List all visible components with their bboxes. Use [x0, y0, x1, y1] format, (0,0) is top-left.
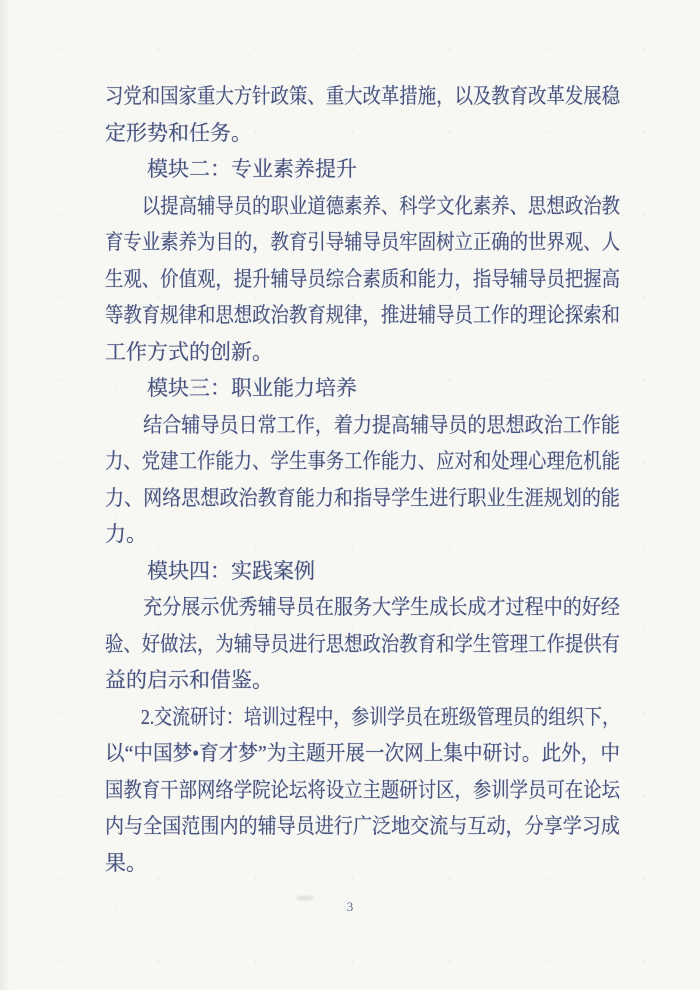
text-line-content: 习党和国家重大方针政策、重大改革措施，以及教育改革发展稳: [105, 78, 620, 115]
text-line: 模块二：专业素养提升: [105, 151, 620, 188]
text-line: 力、党建工作能力、学生事务工作能力、应对和处理心理危机能: [105, 443, 620, 480]
text-line: 益的启示和借鉴。: [105, 662, 620, 699]
text-line-content: 育专业素养为目的，教育引导辅导员牢固树立正确的世界观、人: [105, 224, 620, 261]
page-number: 3: [0, 899, 700, 915]
text-line: 国教育干部网络学院论坛将设立主题研讨区，参训学员可在论坛: [105, 772, 620, 809]
text-line: 充分展示优秀辅导员在服务大学生成长成才过程中的好经: [105, 589, 620, 626]
text-line: 力。: [105, 516, 620, 553]
text-line: 2.交流研讨：培训过程中，参训学员在班级管理员的组织下，: [105, 699, 620, 736]
text-line-content: 模块三：职业能力培养: [105, 370, 357, 407]
text-line-content: 以“中国梦•育才梦”为主题开展一次网上集中研讨。此外，中: [105, 735, 620, 772]
text-line-content: 工作方式的创新。: [105, 334, 273, 371]
document-body: 习党和国家重大方针政策、重大改革措施，以及教育改革发展稳定形势和任务。 模块二：…: [105, 78, 620, 881]
text-line-content: 2.交流研讨：培训过程中，参训学员在班级管理员的组织下，: [105, 699, 620, 736]
text-line-content: 充分展示优秀辅导员在服务大学生成长成才过程中的好经: [105, 589, 620, 626]
text-line: 生观、价值观，提升辅导员综合素质和能力，指导辅导员把握高: [105, 261, 620, 298]
text-line-content: 益的启示和借鉴。: [105, 662, 273, 699]
text-line: 结合辅导员日常工作，着力提高辅导员的思想政治工作能: [105, 407, 620, 444]
text-line: 工作方式的创新。: [105, 334, 620, 371]
text-line: 以提高辅导员的职业道德素养、科学文化素养、思想政治教: [105, 188, 620, 225]
text-line: 定形势和任务。: [105, 115, 620, 152]
text-line-content: 模块二：专业素养提升: [105, 151, 357, 188]
text-line-content: 结合辅导员日常工作，着力提高辅导员的思想政治工作能: [105, 407, 620, 444]
text-line: 果。: [105, 845, 620, 882]
text-line: 等教育规律和思想政治教育规律，推进辅导员工作的理论探索和: [105, 297, 620, 334]
text-line: 模块三：职业能力培养: [105, 370, 620, 407]
text-line-content: 生观、价值观，提升辅导员综合素质和能力，指导辅导员把握高: [105, 261, 620, 298]
text-line: 力、网络思想政治教育能力和指导学生进行职业生涯规划的能: [105, 480, 620, 517]
text-line-content: 以提高辅导员的职业道德素养、科学文化素养、思想政治教: [105, 188, 620, 225]
text-line-content: 模块四：实践案例: [105, 553, 315, 590]
text-line-content: 验、好做法，为辅导员进行思想政治教育和学生管理工作提供有: [105, 626, 620, 663]
text-line: 以“中国梦•育才梦”为主题开展一次网上集中研讨。此外，中: [105, 735, 620, 772]
text-line-content: 力、党建工作能力、学生事务工作能力、应对和处理心理危机能: [105, 443, 620, 480]
text-line: 模块四：实践案例: [105, 553, 620, 590]
text-line-content: 内与全国范围内的辅导员进行广泛地交流与互动，分享学习成: [105, 808, 620, 845]
text-line-content: 等教育规律和思想政治教育规律，推进辅导员工作的理论探索和: [105, 297, 620, 334]
text-line-content: 力、网络思想政治教育能力和指导学生进行职业生涯规划的能: [105, 480, 620, 517]
text-line: 育专业素养为目的，教育引导辅导员牢固树立正确的世界观、人: [105, 224, 620, 261]
scanned-page: 习党和国家重大方针政策、重大改革措施，以及教育改革发展稳定形势和任务。 模块二：…: [0, 0, 700, 990]
text-line: 验、好做法，为辅导员进行思想政治教育和学生管理工作提供有: [105, 626, 620, 663]
text-line-content: 力。: [105, 516, 147, 553]
text-line: 内与全国范围内的辅导员进行广泛地交流与互动，分享学习成: [105, 808, 620, 845]
text-line-content: 国教育干部网络学院论坛将设立主题研讨区，参训学员可在论坛: [105, 772, 620, 809]
text-line-content: 果。: [105, 845, 147, 882]
text-line: 习党和国家重大方针政策、重大改革措施，以及教育改革发展稳: [105, 78, 620, 115]
text-line-content: 定形势和任务。: [105, 115, 252, 152]
